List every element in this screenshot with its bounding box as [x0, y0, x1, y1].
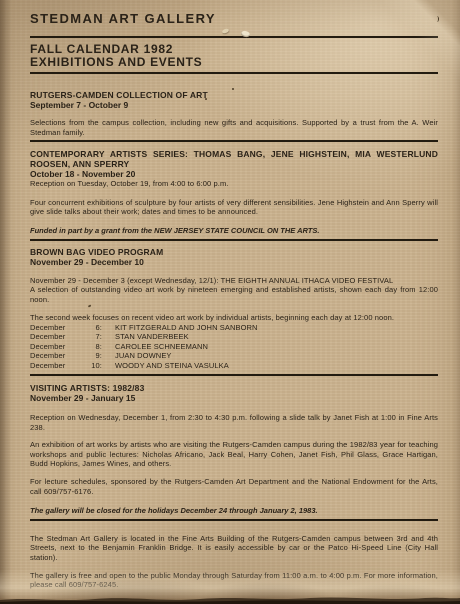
page-subtitle: FALL CALENDAR 1982 EXHIBITIONS AND EVENT… — [30, 43, 438, 69]
paper-bottom-edge-curl — [0, 590, 460, 604]
page-title: STEDMAN ART GALLERY — [30, 12, 438, 26]
section-dates: September 7 - October 9 — [30, 100, 438, 110]
schedule-row: December 9: JUAN DOWNEY — [30, 351, 438, 360]
festival-title-line: November 29 - December 3 (except Wednesd… — [30, 276, 438, 286]
section-heading: VISITING ARTISTS: 1982/83 — [30, 383, 438, 393]
hours-paragraph: The gallery is free and open to the publ… — [30, 571, 438, 590]
schedule-row: December 8: CAROLEE SCHNEEMANN — [30, 342, 438, 351]
horizontal-rule — [30, 239, 438, 241]
section-heading: BROWN BAG VIDEO PROGRAM — [30, 247, 438, 257]
schedule-day: 6: — [80, 323, 102, 332]
section-dates: November 29 - January 15 — [30, 393, 438, 403]
page-content: STEDMAN ART GALLERY FALL CALENDAR 1982 E… — [0, 0, 460, 590]
schedule-artist: CAROLEE SCHNEEMANN — [102, 342, 438, 351]
location-paragraph: The Stedman Art Gallery is located in th… — [30, 534, 438, 563]
schedule-day: 9: — [80, 351, 102, 360]
horizontal-rule — [30, 36, 438, 38]
schedule-month: December — [30, 323, 80, 332]
schedule-day: 10: — [80, 361, 102, 370]
section-dates: November 29 - December 10 — [30, 257, 438, 267]
section-heading: CONTEMPORARY ARTISTS SERIES: THOMAS BANG… — [30, 149, 438, 169]
schedule-day: 8: — [80, 342, 102, 351]
section-visiting-artists: VISITING ARTISTS: 1982/83 November 29 - … — [30, 383, 438, 516]
subtitle-line-2: EXHIBITIONS AND EVENTS — [30, 56, 438, 69]
festival-block: November 29 - December 3 (except Wednesd… — [30, 276, 438, 305]
footer-info: The Stedman Art Gallery is located in th… — [30, 534, 438, 590]
schedule-row: December 7: STAN VANDERBEEK — [30, 332, 438, 341]
second-week-block: The second week focuses on recent video … — [30, 313, 438, 370]
scanned-flyer-page: STEDMAN ART GALLERY FALL CALENDAR 1982 E… — [0, 0, 460, 604]
horizontal-rule — [30, 519, 438, 521]
second-week-intro: The second week focuses on recent video … — [30, 313, 438, 323]
section-body: Four concurrent exhibitions of sculpture… — [30, 198, 438, 217]
section-contemporary-artists-series: CONTEMPORARY ARTISTS SERIES: THOMAS BANG… — [30, 149, 438, 235]
schedule-artist: WOODY AND STEINA VASULKA — [102, 361, 438, 370]
funding-note: Funded in part by a grant from the NEW J… — [30, 226, 438, 236]
section-rutgers-camden-collection: RUTGERS-CAMDEN COLLECTION OF ART Septemb… — [30, 90, 438, 137]
schedule-month: December — [30, 342, 80, 351]
schedule-month: December — [30, 361, 80, 370]
section-body: Selections from the campus collection, i… — [30, 118, 438, 137]
schedule-row: December 10: WOODY AND STEINA VASULKA — [30, 361, 438, 370]
reception-line: Reception on Tuesday, October 19, from 4… — [30, 179, 438, 189]
horizontal-rule — [30, 72, 438, 74]
holiday-closure-note: The gallery will be closed for the holid… — [30, 506, 438, 516]
horizontal-rule — [30, 140, 438, 142]
festival-description: A selection of outstanding video art wor… — [30, 285, 438, 304]
horizontal-rule — [30, 374, 438, 376]
schedule-row: December 6: KIT FITZGERALD AND JOHN SANB… — [30, 323, 438, 332]
lecture-schedule-paragraph: For lecture schedules, sponsored by the … — [30, 477, 438, 496]
section-dates: October 18 - November 20 — [30, 169, 438, 179]
schedule-artist: JUAN DOWNEY — [102, 351, 438, 360]
schedule-artist: STAN VANDERBEEK — [102, 332, 438, 341]
schedule-month: December — [30, 351, 80, 360]
section-brown-bag-video: BROWN BAG VIDEO PROGRAM November 29 - De… — [30, 247, 438, 370]
section-heading: RUTGERS-CAMDEN COLLECTION OF ART — [30, 90, 438, 100]
schedule-month: December — [30, 332, 80, 341]
reception-paragraph: Reception on Wednesday, December 1, from… — [30, 413, 438, 432]
exhibition-paragraph: An exhibition of art works by artists wh… — [30, 440, 438, 469]
schedule-day: 7: — [80, 332, 102, 341]
schedule-artist: KIT FITZGERALD AND JOHN SANBORN — [102, 323, 438, 332]
